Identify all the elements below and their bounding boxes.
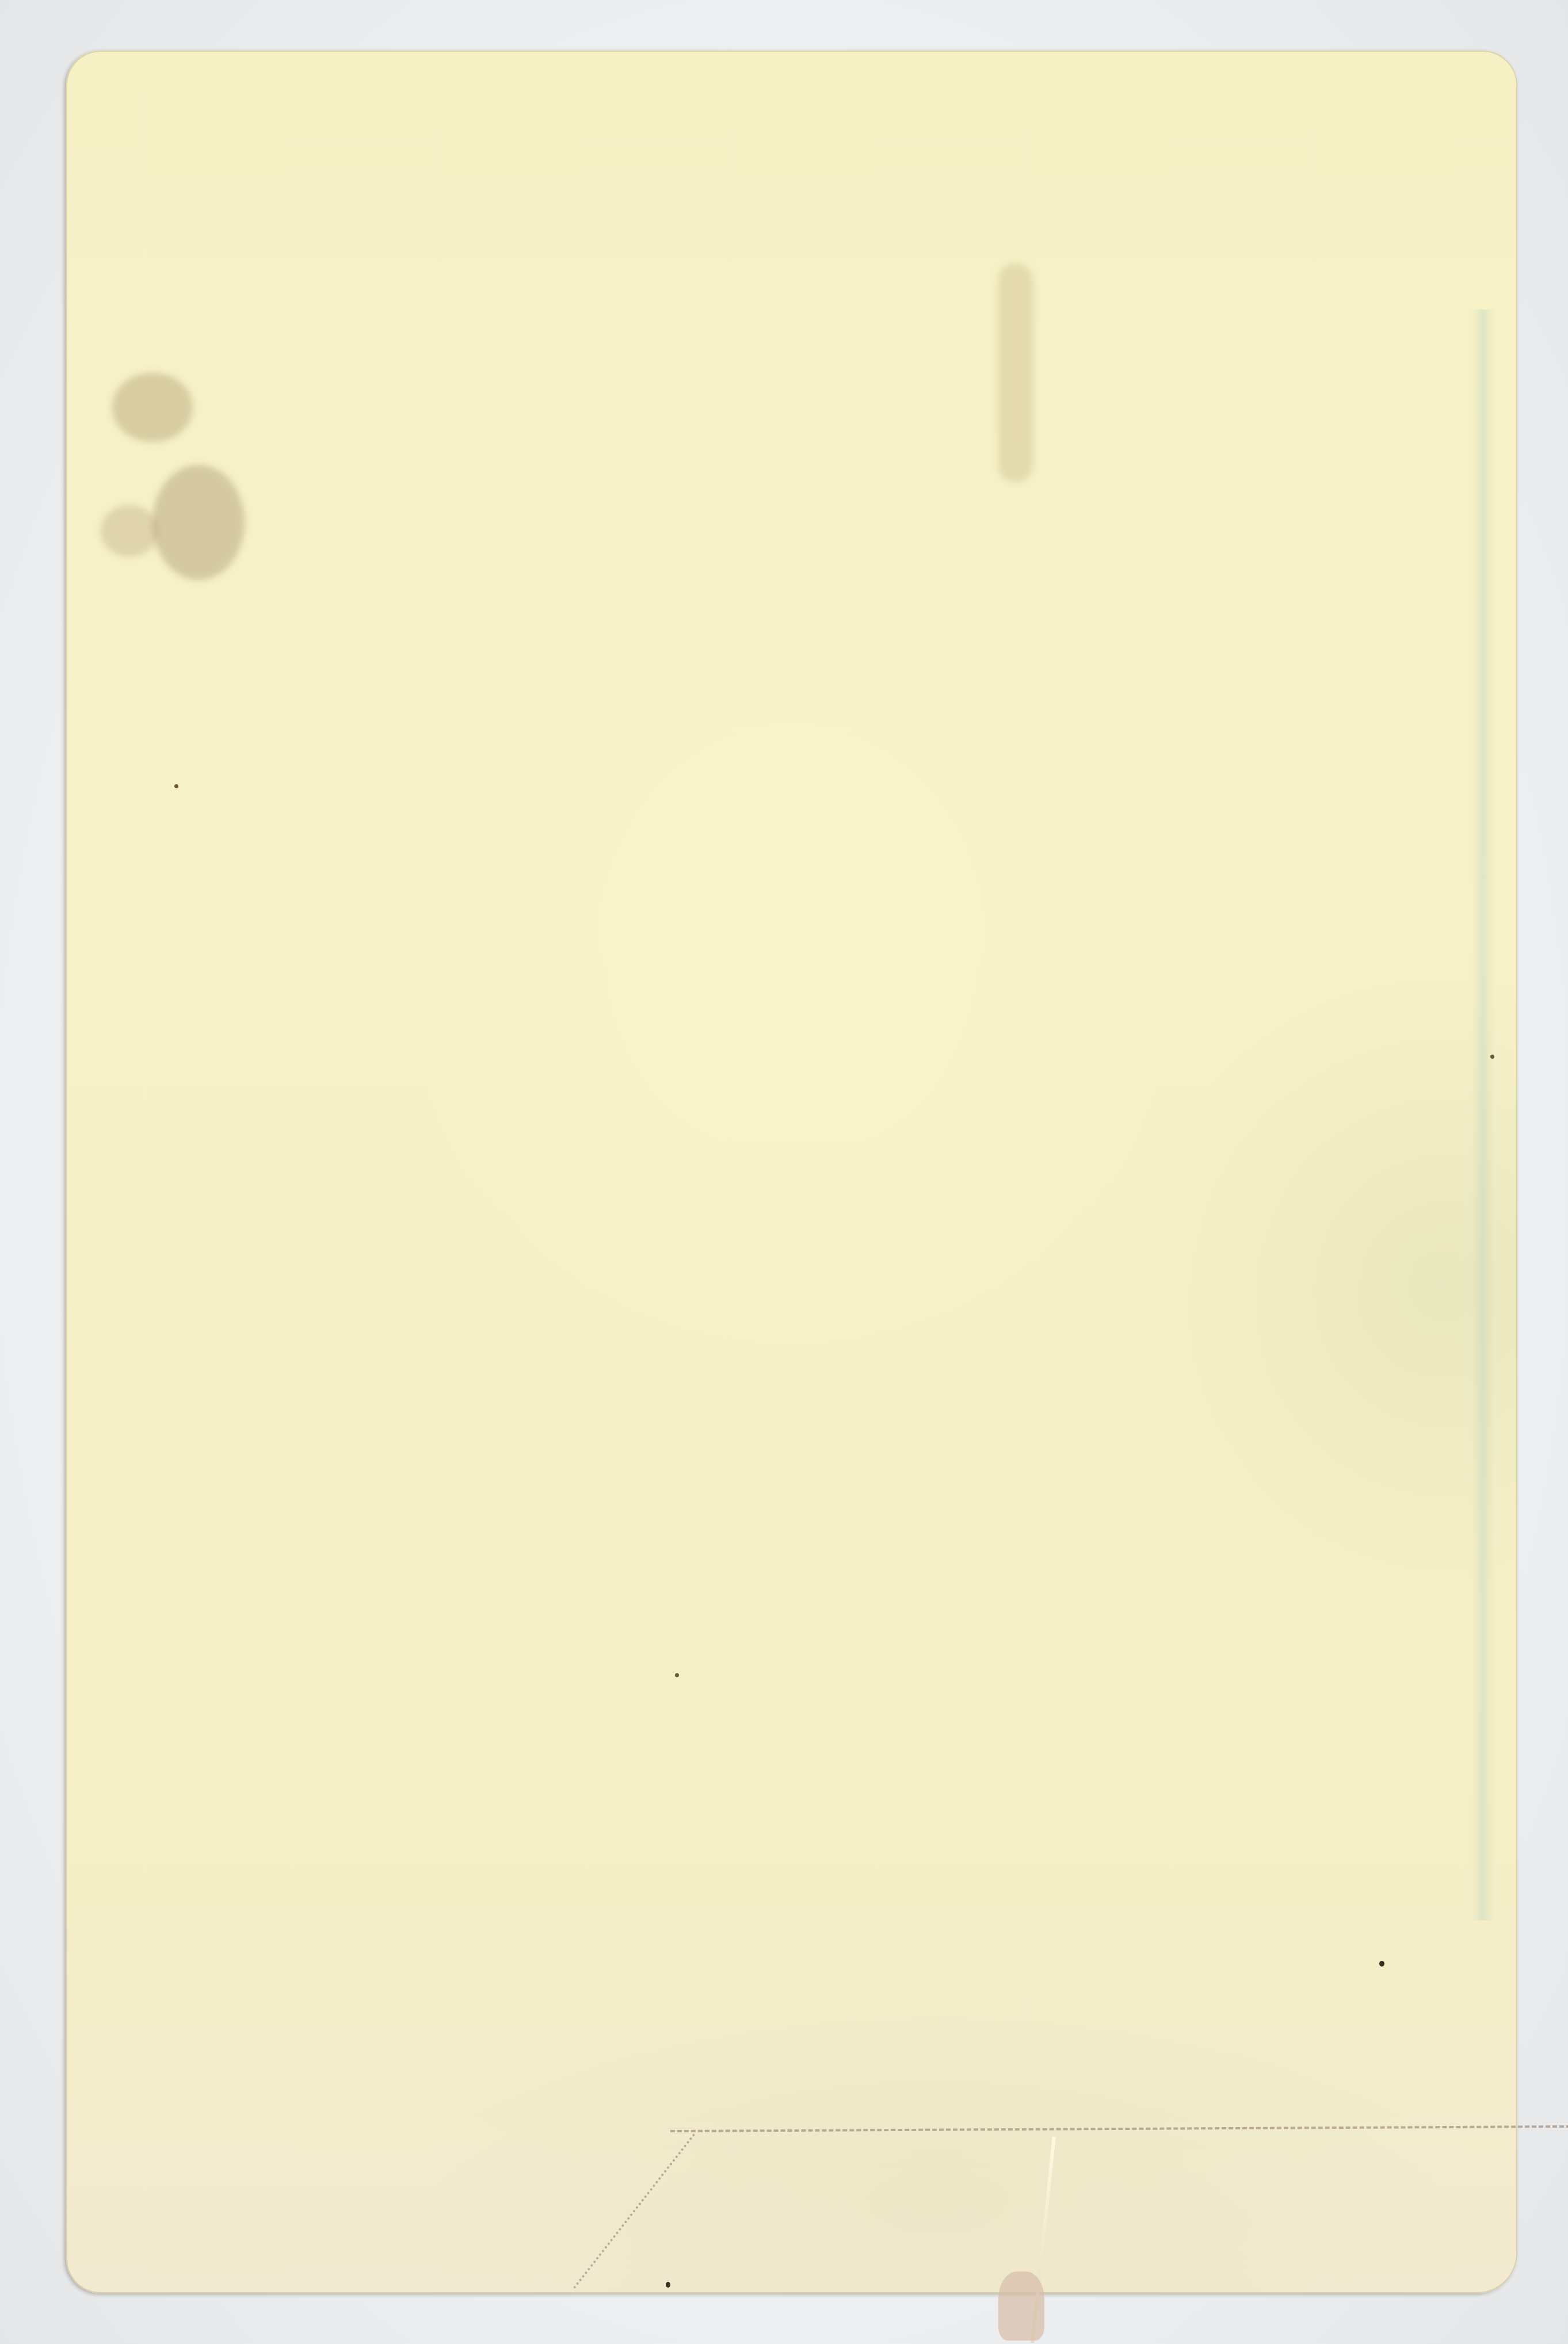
faint-stain (998, 264, 1033, 482)
dirt-speck (174, 784, 178, 788)
water-stain (101, 505, 158, 557)
dirt-speck (675, 1673, 679, 1677)
dirt-speck (666, 2282, 670, 2288)
paper-chip (998, 2272, 1044, 2341)
paper-tear-horizontal (670, 2125, 1568, 2140)
card-back (66, 51, 1517, 2293)
edge-discoloration (1471, 310, 1494, 1921)
dirt-speck (1490, 1055, 1494, 1059)
scan-background (0, 0, 1568, 2344)
water-stain (112, 373, 193, 442)
paper-tear-diagonal (573, 2133, 701, 2293)
dirt-speck (1379, 1961, 1384, 1967)
water-stain (152, 465, 245, 580)
